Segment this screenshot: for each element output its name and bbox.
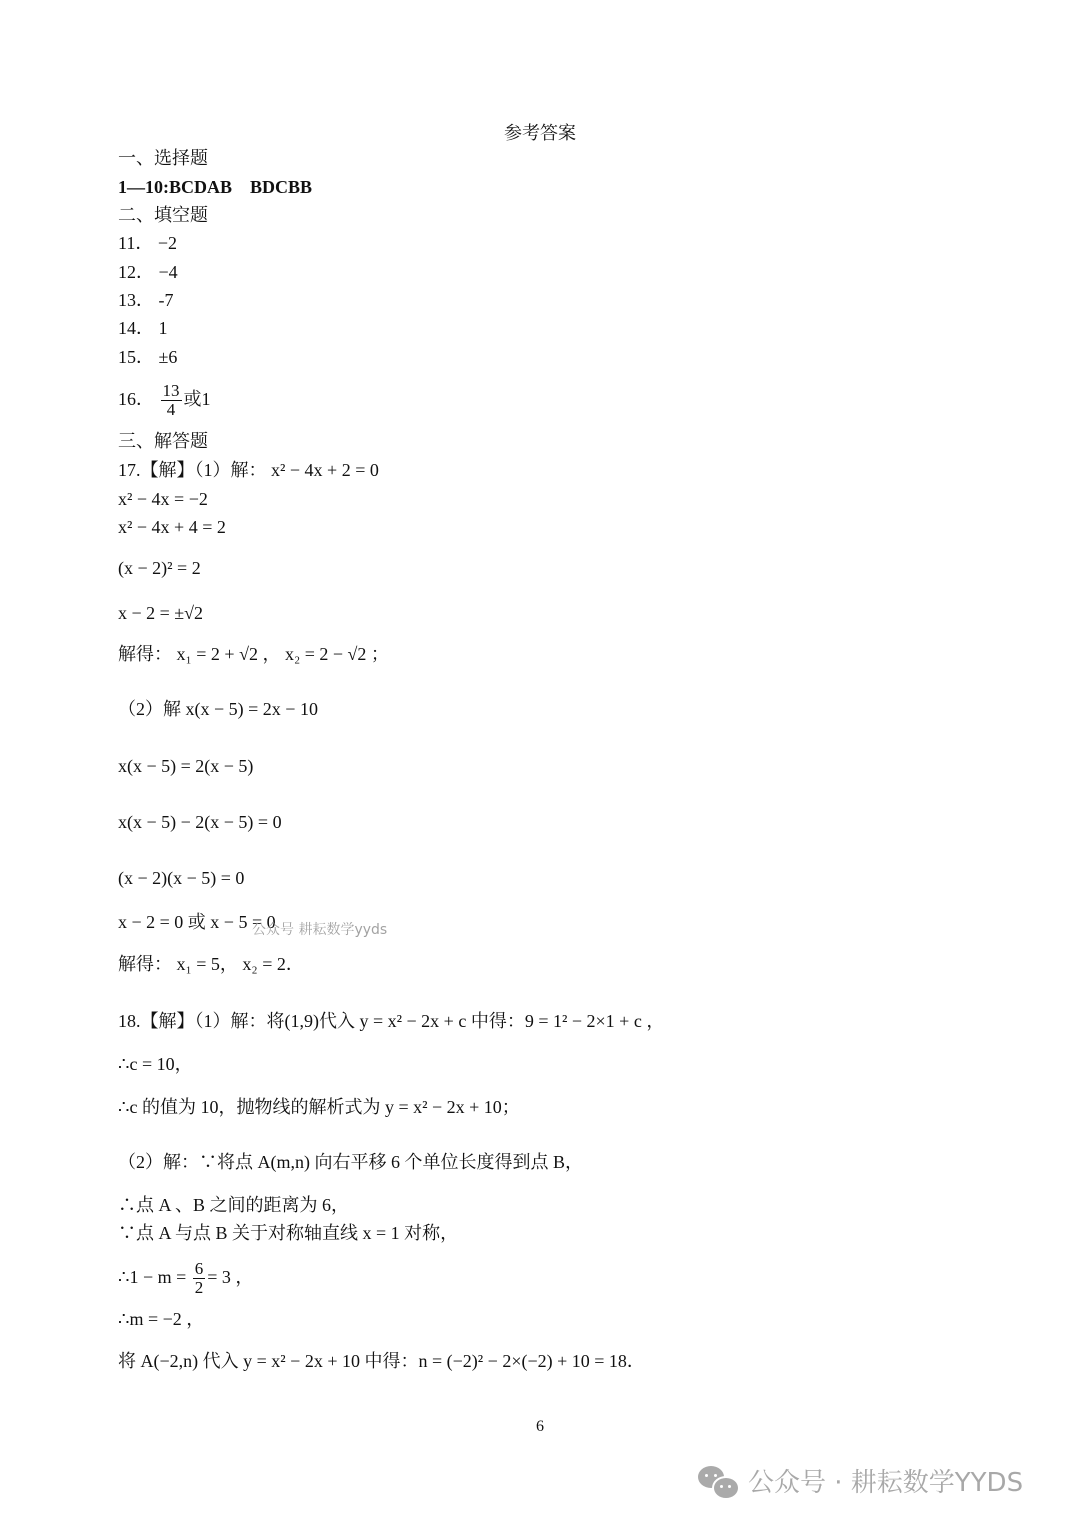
q18-part2-line-5: ∴m = −2 ， (118, 1308, 204, 1330)
q17-line-2: x² − 4x = −2 (118, 488, 208, 510)
q18-part2-line-6: 将 A(−2,n) 代入 y = x² − 2x + 10 中得：n = (−2… (118, 1350, 645, 1372)
q18-part2-line-1: （2）解：∵将点 A(m,n) 向右平移 6 个单位长度得到点 B， (118, 1151, 583, 1173)
q17-line-6: 解得： x₁ = 2 + √2 ， x₂ = 2 − √2 ； (118, 643, 389, 665)
footer-watermark: 公众号 · 耕耘数学YYDS (696, 1462, 1023, 1499)
q18-line-3: ∴c 的值为 10，抛物线的解析式为 y = x² − 2x + 10； (118, 1096, 520, 1118)
fill-answer-11: 11． −2 (118, 232, 177, 254)
q17-part2-line-6: 解得： x₁ = 5， x₂ = 2． (118, 953, 304, 975)
fill-answer-13: 13． -7 (118, 289, 174, 311)
page-title: 参考答案 (0, 119, 1080, 145)
q17-part2-line-4: (x − 2)(x − 5) = 0 (118, 867, 244, 889)
fill-answer-14: 14． 1 (118, 317, 168, 339)
choice-answers: 1—10:BCDAB BDCBB (118, 176, 312, 198)
fill-answer-12: 12． −4 (118, 261, 178, 283)
fill-answer-16: 16． 134或1 (118, 376, 211, 422)
q18-line-2: ∴c = 10， (118, 1053, 193, 1075)
q17-part2-line-3: x(x − 5) − 2(x − 5) = 0 (118, 811, 282, 833)
inline-watermark: 公众号 耕耘数学yyds (252, 919, 387, 939)
fill-answer-15: 15． ±6 (118, 346, 177, 368)
q17-line-3: x² − 4x + 4 = 2 (118, 516, 226, 538)
footer-text: 公众号 · 耕耘数学YYDS (748, 1462, 1023, 1499)
q18-part2-line-4: ∴1 − m = 62= 3 ， (118, 1254, 253, 1300)
q17-part2-line-2: x(x − 5) = 2(x − 5) (118, 755, 253, 777)
fraction: 62 (193, 1260, 206, 1297)
fraction: 134 (161, 382, 182, 419)
section-heading-fill: 二、填空题 (118, 204, 208, 226)
wechat-icon (696, 1464, 740, 1498)
q18-part2-line-3: ∵点 A 与点 B 关于对称轴直线 x = 1 对称， (118, 1222, 458, 1244)
section-heading-choice: 一、选择题 (118, 147, 208, 169)
q17-line-5: x − 2 = ±√2 (118, 602, 203, 624)
section-heading-solve: 三、解答题 (118, 430, 208, 452)
q17-part2-line-1: （2）解 x(x − 5) = 2x − 10 (118, 698, 318, 720)
q17-line-1: 17.【解】（1）解： x² − 4x + 2 = 0 (118, 459, 379, 481)
q17-line-4: (x − 2)² = 2 (118, 557, 201, 579)
q18-part2-line-2: ∴点 A 、B 之间的距离为 6， (118, 1194, 349, 1216)
q18-line-1: 18.【解】（1）解：将(1,9)代入 y = x² − 2x + c 中得：9… (118, 1010, 664, 1032)
page-number: 6 (0, 1418, 1080, 1436)
